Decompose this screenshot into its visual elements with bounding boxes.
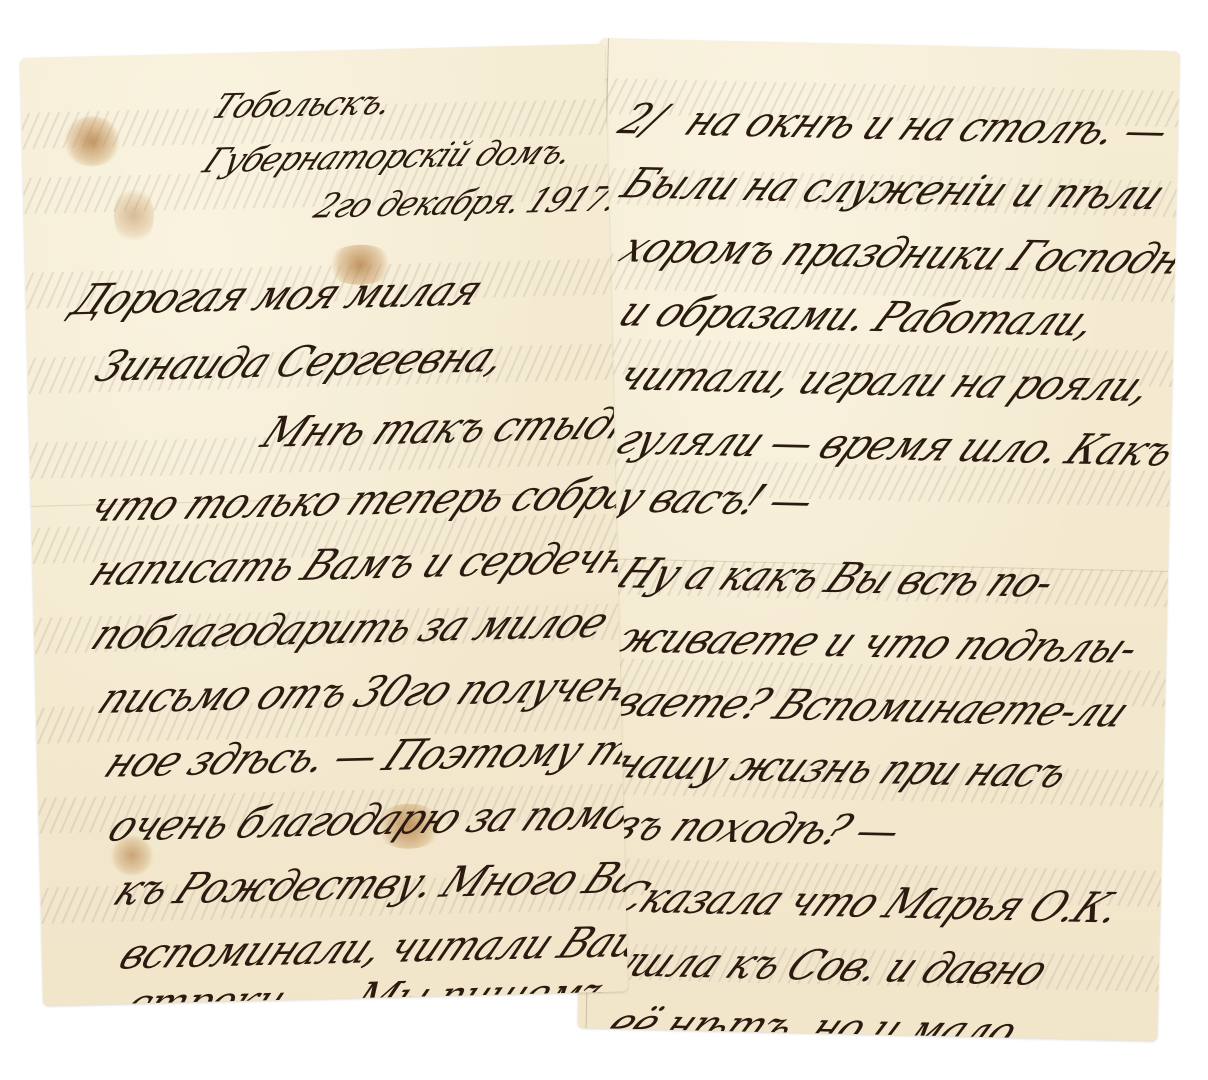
body-line: поблагодарить за милое	[85, 602, 616, 657]
body-line: что только теперь собралась	[82, 471, 628, 529]
body-line: Были на служеніи и пѣли	[614, 163, 1172, 217]
body-line: читали, играли на рояли,	[610, 355, 1161, 408]
body-line: живаете и что подѣлы-	[608, 617, 1147, 670]
salutation-line-2: Зинаида Сергеевна,	[88, 336, 513, 388]
body-line: письмо отъ 30го получен-	[91, 665, 628, 721]
letter-place: Тобольскъ.	[207, 85, 400, 123]
letter-address: Губернаторскій домъ.	[198, 135, 580, 178]
body-line: Ну а какъ Вы всѣ по-	[609, 553, 1062, 604]
body-line: къ Рождеству. Много Вас	[107, 856, 628, 912]
body-line: написать Вамъ и сердечно	[83, 536, 628, 592]
body-line: Сказала что Марья О.К.	[602, 877, 1129, 930]
body-line: въ походѣ? —	[604, 805, 909, 853]
letter-date: 2го декабря. 1917.	[309, 182, 624, 223]
body-line: на окнѣ и на столѣ. —	[678, 100, 1177, 152]
body-line: Мнѣ такъ стыдно,	[255, 402, 628, 454]
body-line: вспоминали, читали Ваши	[112, 920, 628, 976]
body-line: ваете? Вспоминаете-ли	[606, 681, 1135, 734]
body-line: у васъ! —	[607, 477, 822, 523]
body-line: ушла къ Сов. и давно	[601, 941, 1055, 992]
body-line: гуляли — время шло. Какъ	[608, 419, 1179, 473]
salutation-line-1: Дорогая моя милая	[64, 270, 489, 322]
letter-page-right: 2/ на окнѣ и на столѣ. — Были на служені…	[578, 38, 1180, 1041]
body-line: хоромъ праздники Господни	[613, 227, 1180, 282]
body-line: нашу жизнь при насъ	[605, 743, 1076, 795]
letter-page-left: Тобольскъ. Губернаторскій домъ. 2го дека…	[20, 44, 628, 1006]
body-line: и образами. Работали,	[611, 291, 1105, 343]
foxing-stain	[61, 116, 122, 167]
body-line: её нѣтъ, но и мало	[599, 1003, 1024, 1041]
